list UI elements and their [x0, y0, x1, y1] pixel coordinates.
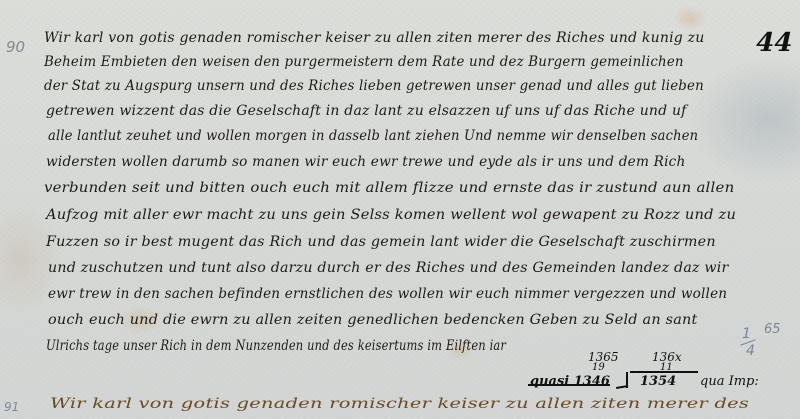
margin-number-bottom: 91 — [4, 400, 19, 414]
margin-number-top: 90 — [6, 38, 25, 56]
text-line-12: ouch euch und die ewrn zu allen zeiten g… — [48, 312, 698, 328]
pencil-note: 65 — [764, 322, 781, 337]
date-annotation-suffix: qua Imp: — [700, 374, 759, 389]
text-line-11: ewr trew in den sachen befinden ernstlic… — [48, 286, 727, 302]
text-line-5: alle lantlut zeuhet und wollen morgen in… — [48, 128, 698, 144]
text-line-3: der Stat zu Augspurg unsern und des Rich… — [44, 78, 704, 94]
manuscript-page: 90 91 44 Wir karl von gotis genaden romi… — [0, 0, 800, 419]
text-line-2: Beheim Embieten den weisen den purgermei… — [44, 54, 684, 70]
date-strikethrough-left — [528, 384, 610, 386]
text-line-6: widersten wollen darumb so manen wir euc… — [46, 154, 686, 170]
folio-number: 44 — [753, 28, 796, 58]
text-line-10: und zuschutzen und tunt also darzu durch… — [48, 260, 729, 276]
pencil-fraction-denominator: 4 — [746, 343, 755, 359]
text-line-7: verbunden seit und bitten ouch euch mit … — [44, 180, 734, 196]
second-text-line-1: Wir karl von gotis genaden romischer kei… — [50, 396, 749, 412]
text-line-8: Aufzog mit aller ewr macht zu uns gein S… — [46, 207, 736, 223]
date-annotation-right: 1354 — [640, 374, 676, 389]
text-line-1: Wir karl von gotis genaden romischer kei… — [44, 30, 705, 46]
text-line-4: getrewen wizzent das die Geselschaft in … — [46, 103, 687, 119]
annotation-19: 19 — [592, 362, 605, 373]
date-overline-right — [630, 371, 698, 373]
pencil-fraction-numerator: 1 — [742, 326, 751, 342]
date-annotation-left: quasi 1346 — [530, 374, 610, 389]
text-line-13: Ulrichs tage unser Rich in dem Nunzenden… — [46, 338, 506, 354]
text-line-9: Fuzzen so ir best mugent das Rich und da… — [46, 234, 716, 250]
